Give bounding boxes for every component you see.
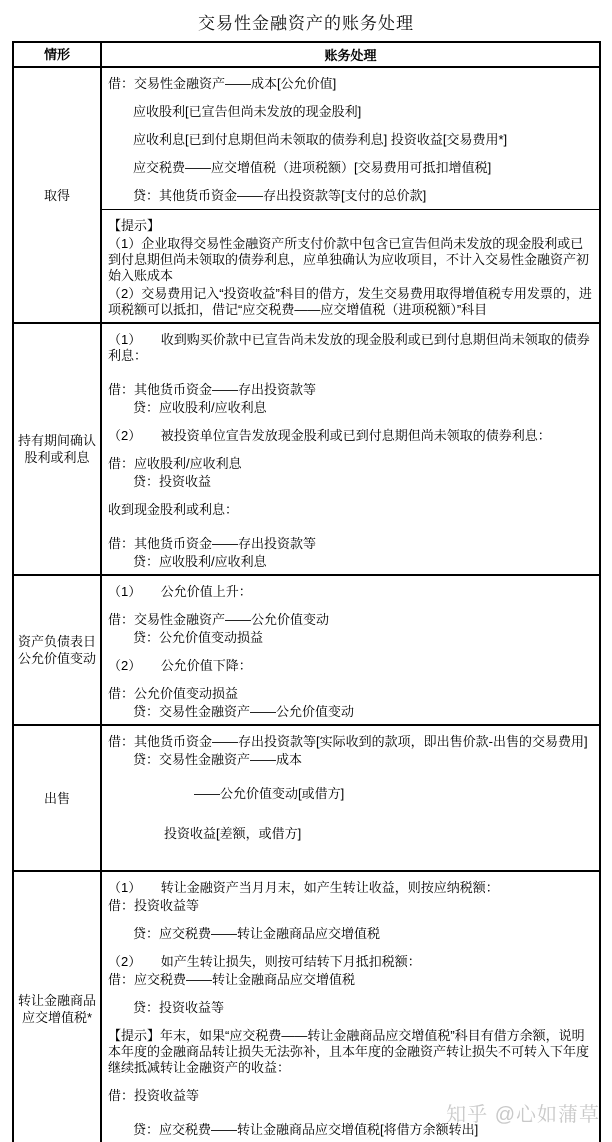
situation-label: 转让金融商品	[18, 992, 96, 1009]
table-header-row: 情形 账务处理	[14, 43, 599, 66]
header-cell-situation: 情形	[14, 43, 102, 66]
journal-line: 贷：应交税费——转让金融商品应交增值税[将借方余额转出]	[102, 1122, 593, 1138]
treatment-cell-disposal: 借：其他货币资金——存出投资款等[实际收到的款项，即出售价款-出售的交易费用]贷…	[102, 726, 599, 870]
page-title: 交易性金融资产的账务处理	[0, 9, 612, 34]
journal-line: 借：应交税费——转让金融商品应交增值税	[102, 972, 593, 988]
journal-line: 贷：投资收益	[102, 474, 593, 490]
situation-cell-vat-on-transfer: 转让金融商品应交增值税*	[14, 872, 102, 1142]
journal-line: （1） 公允价值上升：	[102, 584, 593, 600]
journal-line: 应交税费——应交增值税（进项税额）[交易费用可抵扣增值税]	[102, 160, 593, 176]
treatment-section: 借：其他货币资金——存出投资款等[实际收到的款项，即出售价款-出售的交易费用]贷…	[102, 726, 599, 870]
journal-line: 贷：应交税费——转让金融商品应交增值税	[102, 926, 593, 942]
treatment-section: （1） 公允价值上升：借：交易性金融资产——公允价值变动贷：公允价值变动损益（2…	[102, 576, 599, 724]
journal-line: （1） 收到购买价款中已宣告尚未发放的现金股利或已到付息期但尚未领取的债券利息：	[102, 332, 593, 364]
journal-line: （2）交易费用记入“投资收益”科目的借方，发生交易费用取得增值税专用发票的，进项…	[102, 286, 593, 318]
treatment-section: （1） 转让金融资产当月月末，如产生转让收益，则按应纳税额：借：投资收益等贷：应…	[102, 872, 599, 1142]
accounting-table: 情形 账务处理 取得借：交易性金融资产——成本[公允价值]应收股利[已宣告但尚未…	[12, 41, 601, 1142]
journal-line: 收到现金股利或利息：	[102, 502, 593, 518]
page: { "page": { "title": "交易性金融资产的账务处理", "wa…	[0, 0, 612, 1142]
situation-cell-acquisition: 取得	[14, 68, 102, 322]
journal-line: （2） 如产生转让损失，则按可结转下月抵扣税额：	[102, 954, 593, 970]
journal-line: 借：其他货币资金——存出投资款等	[102, 382, 593, 398]
journal-line: 借：投资收益等	[102, 1088, 593, 1104]
table-row-acquisition: 取得借：交易性金融资产——成本[公允价值]应收股利[已宣告但尚未发放的现金股利]…	[14, 66, 599, 322]
table-row-vat-on-transfer: 转让金融商品应交增值税*（1） 转让金融资产当月月末，如产生转让收益，则按应纳税…	[14, 870, 599, 1142]
journal-line: 应收利息[已到付息期但尚未领取的债券利息] 投资收益[交易费用*]	[102, 132, 593, 148]
table-row-holding-dividend-interest: 持有期间确认股利或利息（1） 收到购买价款中已宣告尚未发放的现金股利或已到付息期…	[14, 322, 599, 574]
treatment-section: 【提示】（1）企业取得交易性金融资产所支付价款中包含已宣告但尚未发放的现金股利或…	[102, 209, 599, 322]
journal-line: 借：应收股利/应收利息	[102, 456, 593, 472]
situation-cell-disposal: 出售	[14, 726, 102, 870]
journal-line: 借：交易性金融资产——公允价值变动	[102, 612, 593, 628]
journal-line: 借：交易性金融资产——成本[公允价值]	[102, 76, 593, 92]
journal-line: 借：其他货币资金——存出投资款等	[102, 536, 593, 552]
journal-line: 贷：公允价值变动损益	[102, 630, 593, 646]
hint-line: 【提示】年末，如果“应交税费——转让金融商品应交增值税”科目有借方余额，说明本年…	[102, 1028, 593, 1076]
situation-cell-balance-sheet-fair-value: 资产负债表日公允价值变动	[14, 576, 102, 724]
situation-label: 股利或利息	[24, 449, 89, 466]
header-cell-treatment: 账务处理	[102, 43, 599, 66]
journal-line: ——公允价值变动[或借方]	[102, 786, 593, 802]
treatment-cell-balance-sheet-fair-value: （1） 公允价值上升：借：交易性金融资产——公允价值变动贷：公允价值变动损益（2…	[102, 576, 599, 724]
journal-line: （2） 被投资单位宣告发放现金股利或已到付息期但尚未领取的债券利息：	[102, 428, 593, 444]
situation-cell-holding-dividend-interest: 持有期间确认股利或利息	[14, 324, 102, 574]
journal-line: 借：其他货币资金——存出投资款等[实际收到的款项，即出售价款-出售的交易费用]	[102, 734, 593, 750]
table-row-disposal: 出售借：其他货币资金——存出投资款等[实际收到的款项，即出售价款-出售的交易费用…	[14, 724, 599, 870]
journal-line: 贷：交易性金融资产——成本	[102, 752, 593, 768]
journal-line: 应收股利[已宣告但尚未发放的现金股利]	[102, 104, 593, 120]
situation-label: 持有期间确认	[18, 432, 96, 449]
treatment-cell-vat-on-transfer: （1） 转让金融资产当月月末，如产生转让收益，则按应纳税额：借：投资收益等贷：应…	[102, 872, 599, 1142]
table-row-balance-sheet-fair-value: 资产负债表日公允价值变动（1） 公允价值上升：借：交易性金融资产——公允价值变动…	[14, 574, 599, 724]
journal-line: 借：投资收益等	[102, 898, 593, 914]
hint-line: 【提示】	[102, 218, 593, 234]
situation-label: 取得	[44, 187, 70, 204]
treatment-cell-holding-dividend-interest: （1） 收到购买价款中已宣告尚未发放的现金股利或已到付息期但尚未领取的债券利息：…	[102, 324, 599, 574]
situation-label: 公允价值变动	[18, 650, 96, 667]
treatment-section: （1） 收到购买价款中已宣告尚未发放的现金股利或已到付息期但尚未领取的债券利息：…	[102, 324, 599, 574]
treatment-section: 借：交易性金融资产——成本[公允价值]应收股利[已宣告但尚未发放的现金股利]应收…	[102, 68, 599, 209]
journal-line: （1） 转让金融资产当月月末，如产生转让收益，则按应纳税额：	[102, 880, 593, 896]
journal-line: （2） 公允价值下降：	[102, 658, 593, 674]
journal-line: （1）企业取得交易性金融资产所支付价款中包含已宣告但尚未发放的现金股利或已到付息…	[102, 236, 593, 284]
journal-line: 贷：投资收益等	[102, 1000, 593, 1016]
situation-label: 应交增值税*	[22, 1009, 92, 1026]
journal-line: 贷：其他货币资金——存出投资款等[支付的总价款]	[102, 188, 593, 204]
situation-label: 资产负债表日	[18, 633, 96, 650]
journal-line: 借：公允价值变动损益	[102, 686, 593, 702]
journal-line: 贷：应收股利/应收利息	[102, 400, 593, 416]
journal-line: 投资收益[差额，或借方]	[102, 826, 593, 842]
situation-label: 出售	[44, 790, 70, 807]
journal-line: 贷：应收股利/应收利息	[102, 554, 593, 570]
treatment-cell-acquisition: 借：交易性金融资产——成本[公允价值]应收股利[已宣告但尚未发放的现金股利]应收…	[102, 68, 599, 322]
journal-line: 贷：交易性金融资产——公允价值变动	[102, 704, 593, 720]
